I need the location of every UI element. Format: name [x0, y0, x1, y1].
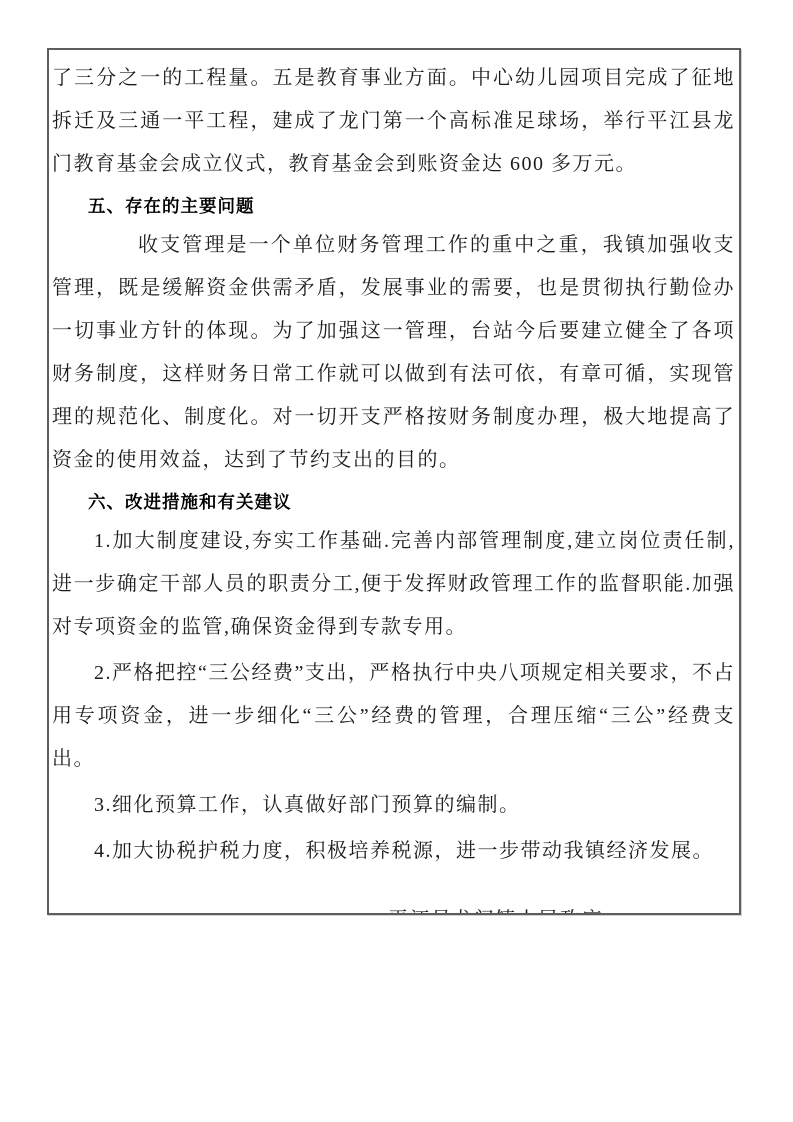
- continuation-paragraph: 了三分之一的工程量。五是教育事业方面。中心幼儿园项目完成了征地拆迁及三通一平工程…: [52, 57, 735, 186]
- list-item-2: 2.严格把控“三公经费”支出，严格执行中央八项规定相关要求，不占用专项资金，进一…: [52, 652, 735, 781]
- list-item-1: 1.加大制度建设,夯实工作基础.完善内部管理制度,建立岗位责任制,进一步确定干部…: [52, 520, 735, 649]
- signature-organization: 平江县龙门镇人民政府: [52, 899, 735, 915]
- document-border-box: 了三分之一的工程量。五是教育事业方面。中心幼儿园项目完成了征地拆迁及三通一平工程…: [47, 48, 741, 915]
- signature-block: 平江县龙门镇人民政府 2021 年 4 月 12 日: [52, 899, 735, 915]
- document-page: 了三分之一的工程量。五是教育事业方面。中心幼儿园项目完成了征地拆迁及三通一平工程…: [0, 0, 793, 1122]
- section5-paragraph: 收支管理是一个单位财务管理工作的重中之重，我镇加强收支管理，既是缓解资金供需矛盾…: [52, 224, 735, 482]
- section6-heading: 六、改进措施和有关建议: [52, 487, 735, 517]
- list-item-4: 4.加大协税护税力度，积极培养税源，进一步带动我镇经济发展。: [52, 830, 735, 873]
- list-item-3: 3.细化预算工作，认真做好部门预算的编制。: [52, 784, 735, 827]
- section5-heading: 五、存在的主要问题: [52, 191, 735, 221]
